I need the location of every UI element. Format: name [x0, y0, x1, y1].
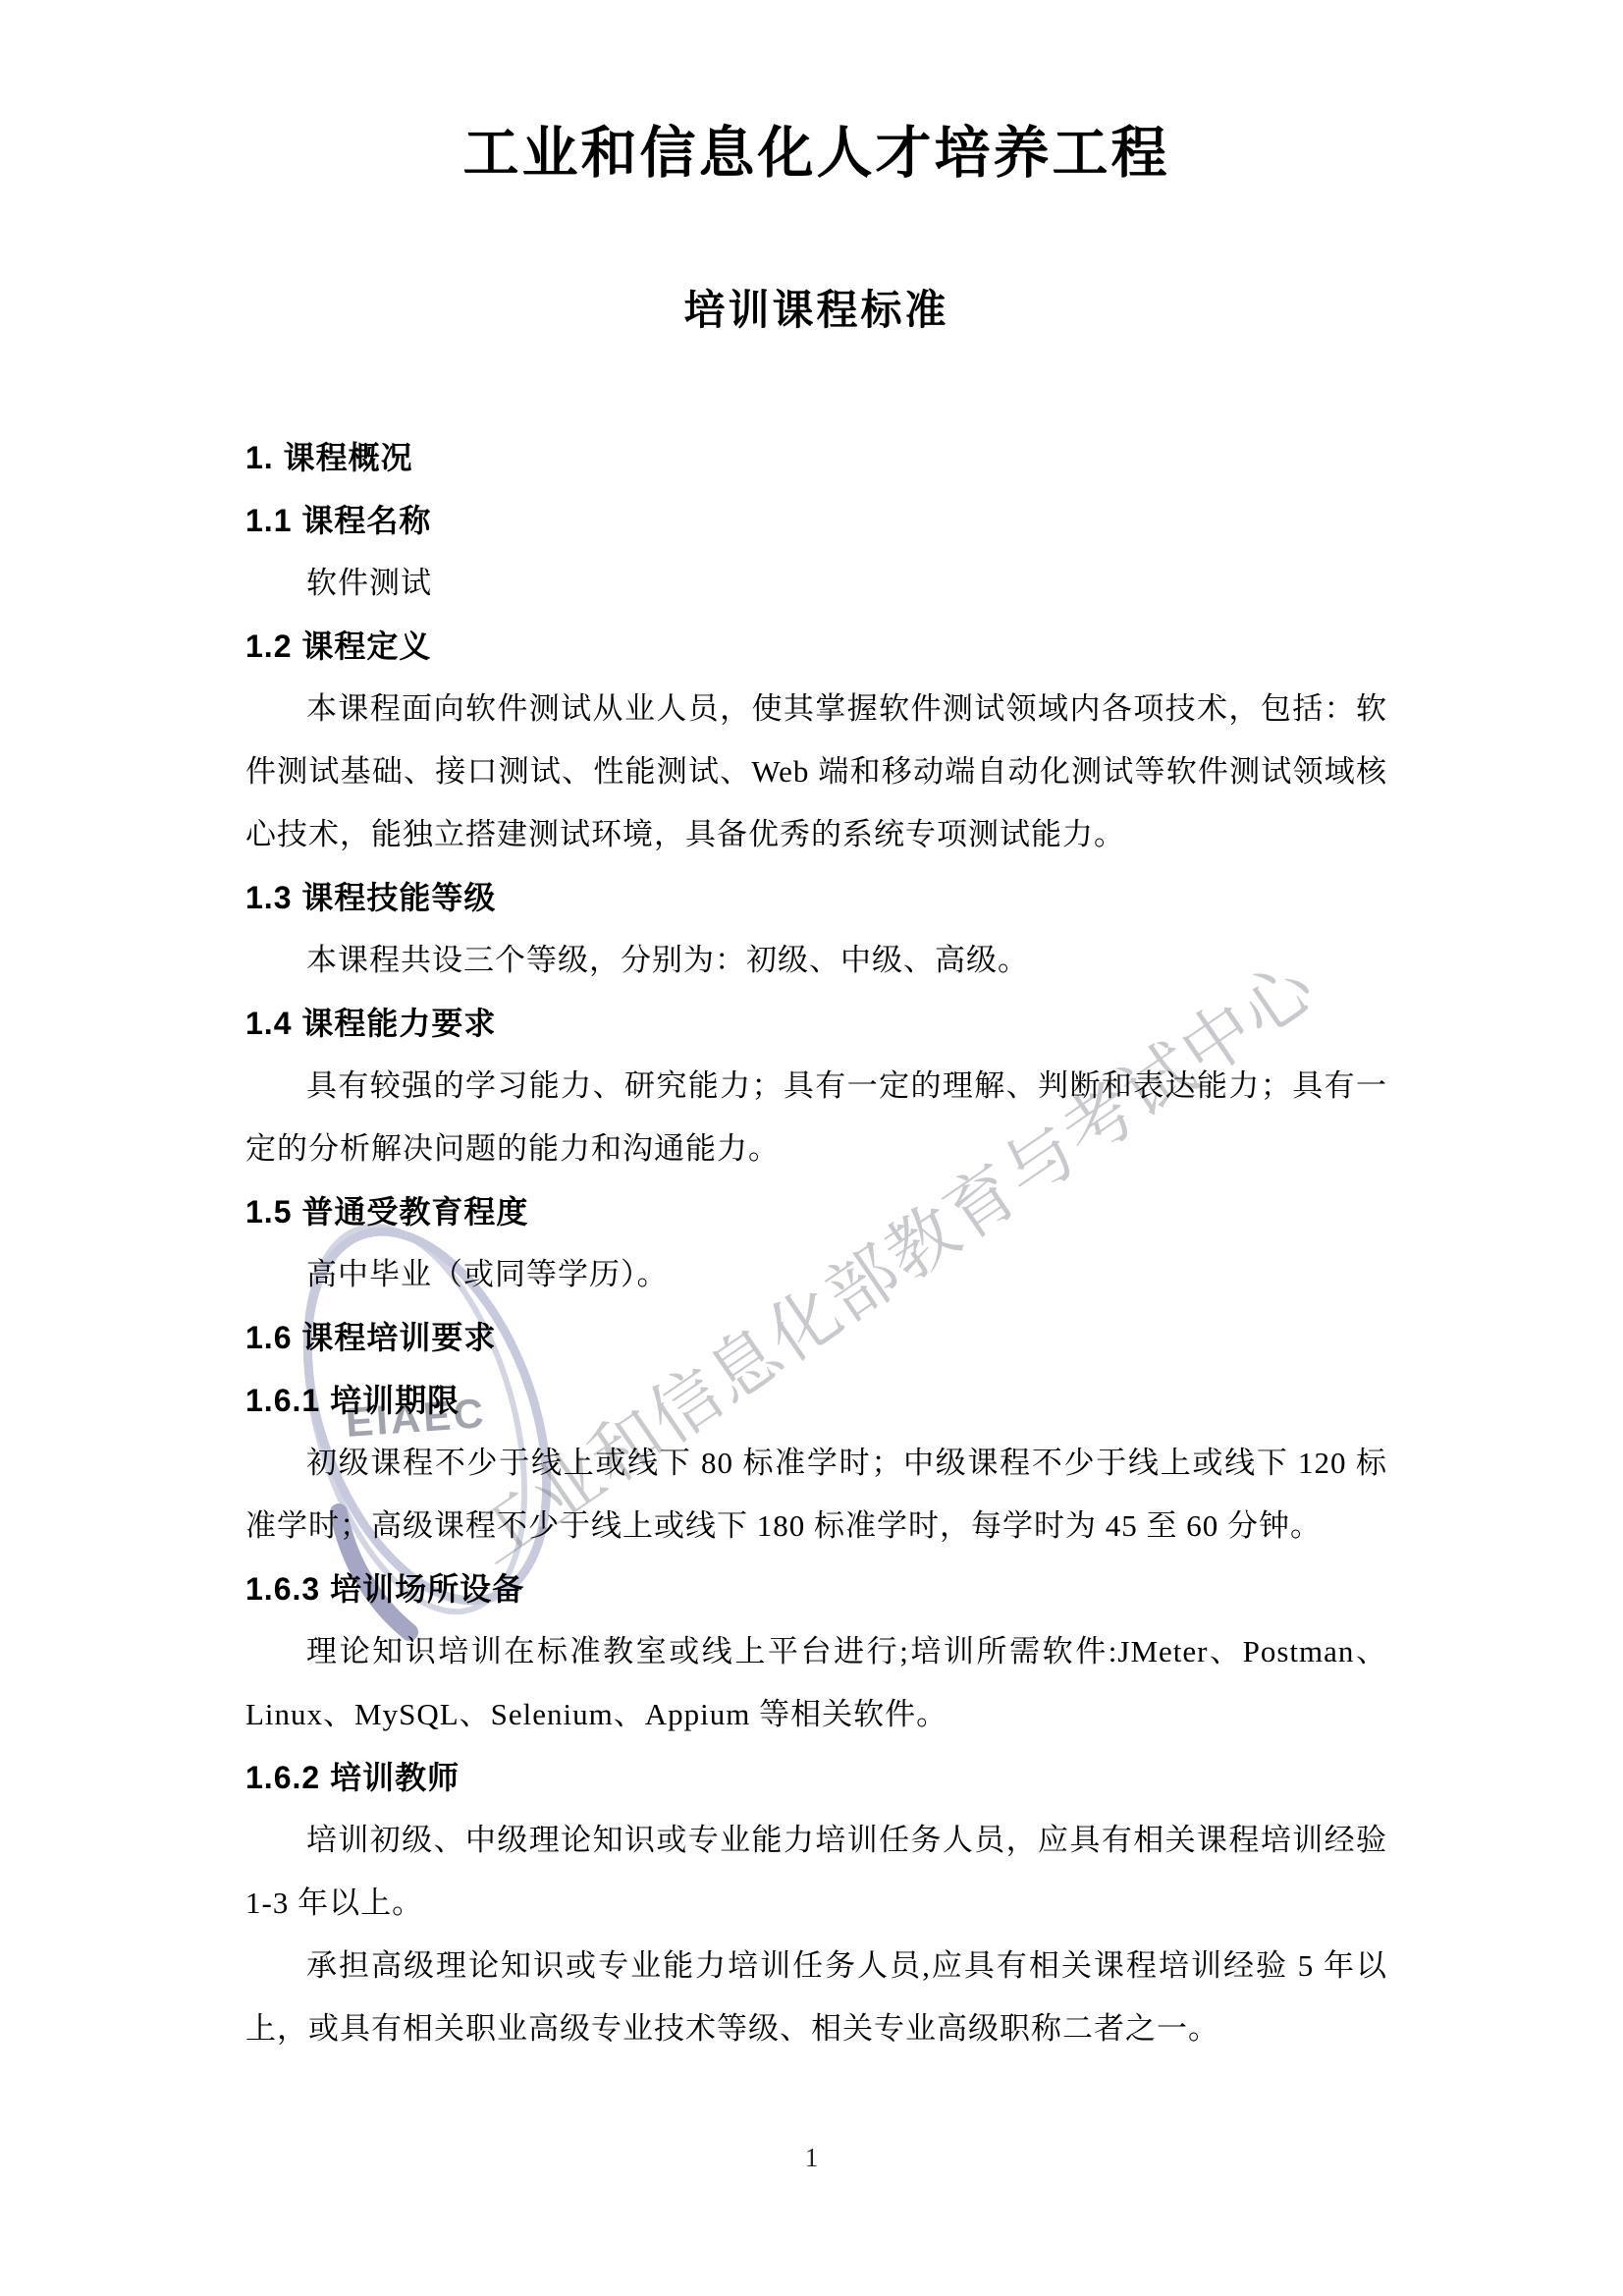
section-heading: 1.6.2 培训教师 — [245, 1746, 1387, 1809]
section-heading: 1.1 课程名称 — [245, 489, 1387, 552]
section-heading: 1. 课程概况 — [245, 426, 1387, 489]
document-body: 1. 课程概况1.1 课程名称软件测试1.2 课程定义本课程面向软件测试从业人员… — [245, 426, 1387, 2060]
paragraph: 本课程共设三个等级，分别为：初级、中级、高级。 — [245, 929, 1387, 992]
document-subtitle: 培训课程标准 — [245, 287, 1387, 336]
section-heading: 1.6.1 培训期限 — [245, 1369, 1387, 1432]
section-heading: 1.3 课程技能等级 — [245, 866, 1387, 929]
paragraph: 高中毕业（或同等学历）。 — [245, 1243, 1387, 1306]
page-number: 1 — [0, 2143, 1623, 2173]
paragraph: 培训初级、中级理论知识或专业能力培训任务人员，应具有相关课程培训经验 1-3 年… — [245, 1809, 1387, 1935]
section-heading: 1.6 课程培训要求 — [245, 1306, 1387, 1369]
document-title: 工业和信息化人才培养工程 — [245, 124, 1387, 185]
paragraph: 初级课程不少于线上或线下 80 标准学时；中级课程不少于线上或线下 120 标准… — [245, 1432, 1387, 1558]
paragraph: 本课程面向软件测试从业人员，使其掌握软件测试领域内各项技术，包括：软件测试基础、… — [245, 678, 1387, 866]
paragraph: 具有较强的学习能力、研究能力；具有一定的理解、判断和表达能力；具有一定的分析解决… — [245, 1055, 1387, 1180]
paragraph: 理论知识培训在标准教室或线上平台进行;培训所需软件:JMeter、Postman… — [245, 1620, 1387, 1746]
section-heading: 1.2 课程定义 — [245, 615, 1387, 678]
document-content: 工业和信息化人才培养工程 培训课程标准 1. 课程概况1.1 课程名称软件测试1… — [245, 0, 1387, 2060]
paragraph: 软件测试 — [245, 552, 1387, 615]
section-heading: 1.6.3 培训场所设备 — [245, 1558, 1387, 1620]
paragraph: 承担高级理论知识或专业能力培训任务人员,应具有相关课程培训经验 5 年以上，或具… — [245, 1935, 1387, 2060]
document-page: EIAEC 工业和信息化部教育与考试中心 工业和信息化人才培养工程 培训课程标准… — [0, 0, 1623, 2296]
section-heading: 1.4 课程能力要求 — [245, 992, 1387, 1055]
section-heading: 1.5 普通受教育程度 — [245, 1180, 1387, 1243]
